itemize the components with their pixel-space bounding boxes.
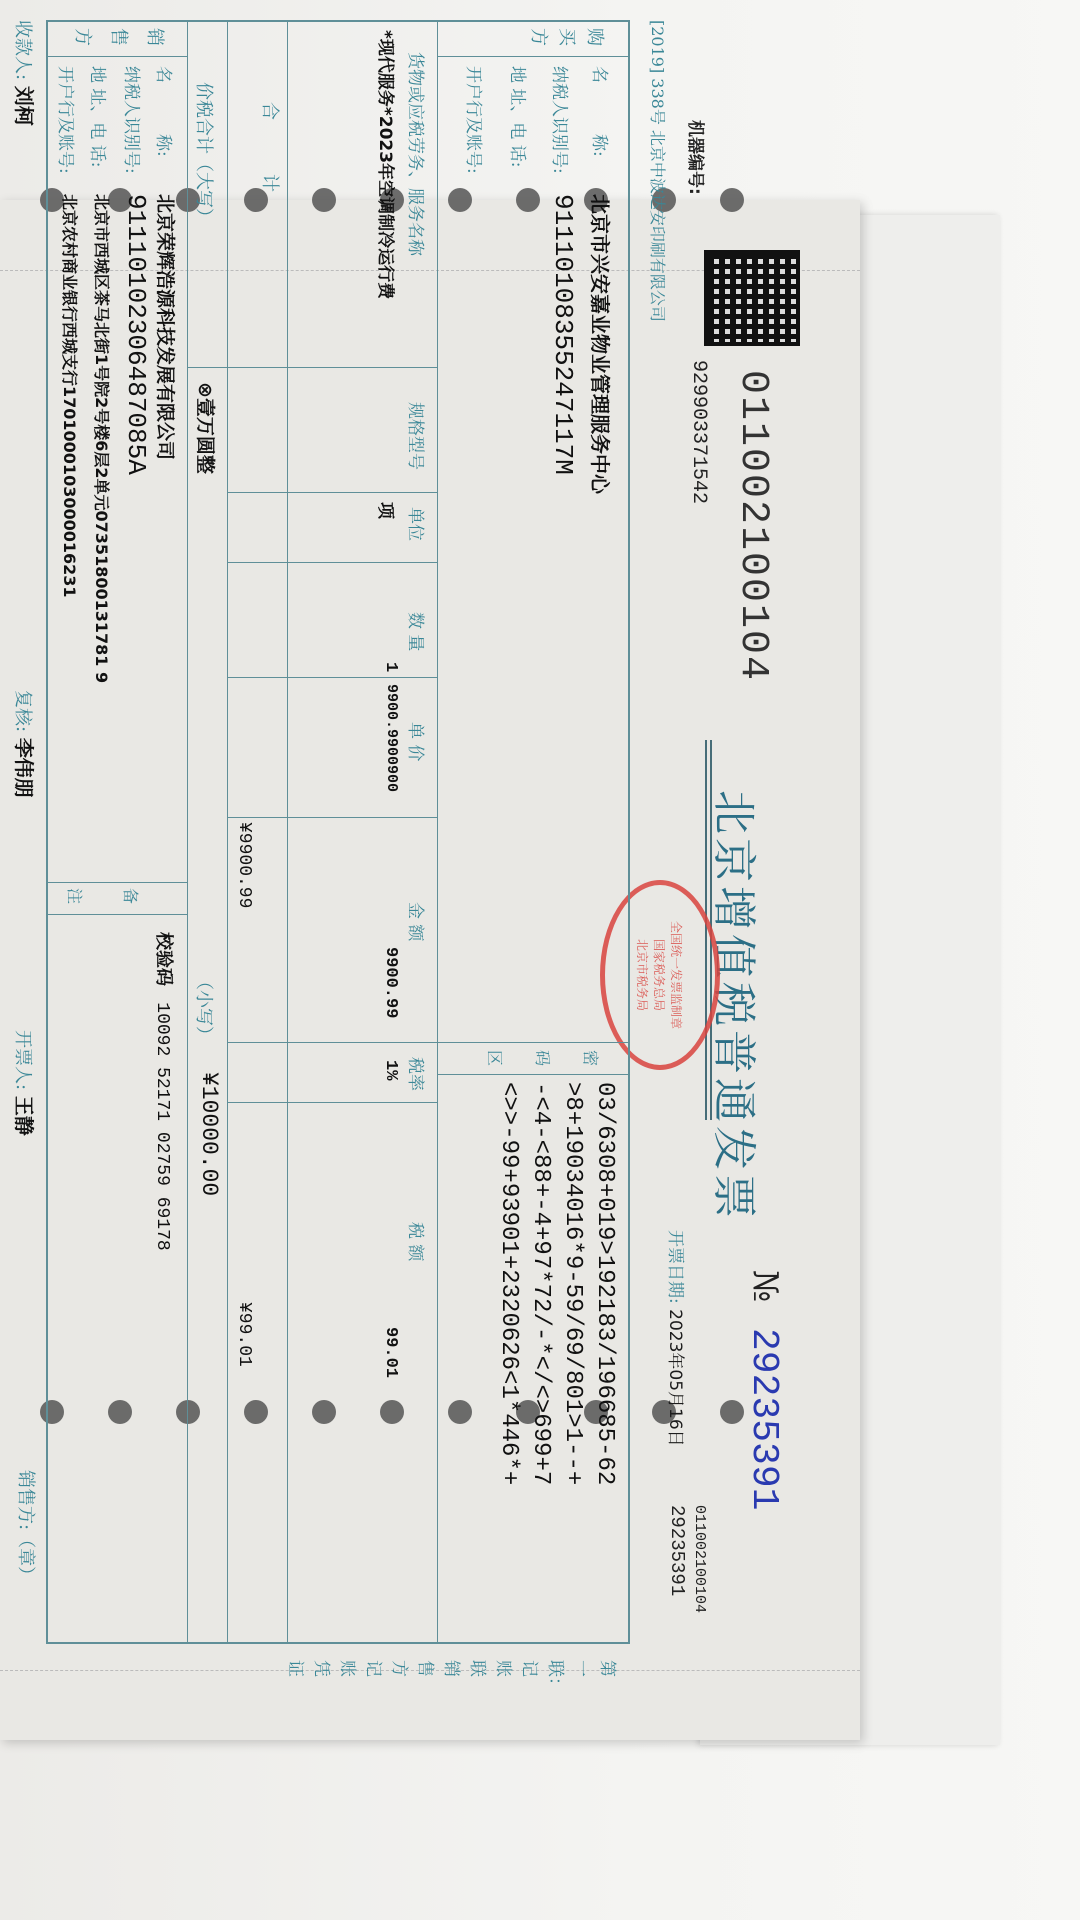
issue-date: 开票日期: 2023年05月16日 (665, 1230, 690, 1447)
buyer-tax-id: 91110108355247117M (548, 194, 578, 475)
reviewer: 复核: 李伟朋 (11, 690, 40, 798)
machine-number: 929903371542 (687, 360, 710, 504)
drawer-label: 开票人: (12, 1030, 33, 1090)
seller-bank-label: 开户行及账号: (55, 66, 80, 174)
cipher-line: <>>-99+93901+2320626<1*446*+ (492, 1082, 524, 1485)
buyer-bank-label: 开户行及账号: (463, 66, 488, 174)
grand-total-lower-label: （小写） (192, 972, 218, 1044)
cipher-line: 03/6308+019>192183/196685-62 (588, 1082, 620, 1485)
grand-total-lower: ¥10000.00 (196, 1072, 222, 1196)
buyer-section-label: 购买方 (524, 28, 608, 48)
item-qty: 1 (381, 662, 400, 672)
drawer-name: 王静 (12, 1096, 36, 1136)
payee: 收款人: 刘柯 (11, 20, 40, 126)
invoice-table: 购买方 名 称: 北京市兴安嘉业物业管理服务中心 纳税人识别号: 9111010… (46, 20, 630, 1644)
item-rate: 1% (381, 1060, 400, 1080)
col-header-unit: 单位 (405, 507, 430, 541)
item-name: *现代服务*2023年空调制冷运行费 (375, 30, 400, 299)
col-header-spec: 规格型号 (405, 402, 430, 470)
total-label: 合 计 (258, 102, 284, 192)
stamp-text: 国家税务总局 (652, 939, 669, 1011)
qr-code-icon (704, 250, 800, 346)
seller-tax-id-label: 纳税人识别号: (121, 66, 146, 174)
total-amount: ¥9900.99 (234, 822, 254, 908)
invoice-content: 机器编号: 929903371542 011002100104 北京增值税普通发… (10, 270, 830, 1710)
remarks-label: 备注 (46, 888, 158, 906)
stamp-text: 全国统一发票监制章 (669, 921, 686, 1029)
check-code: 10092 52171 02759 69178 (152, 1002, 172, 1250)
check-code-label: 校验码 (153, 932, 174, 986)
payee-name: 刘柯 (12, 86, 36, 126)
grand-total-label: 价税合计（大写） (192, 82, 218, 226)
col-header-rate: 税率 (405, 1057, 430, 1091)
buyer-address-label: 地 址、电 话: (507, 66, 532, 168)
seller-tax-id: 91110102306487085A (121, 194, 151, 475)
tractor-hole (720, 188, 744, 212)
right-invoice-code: 011002100104 (688, 1505, 710, 1613)
col-header-tax: 税 额 (405, 1222, 430, 1261)
seller-name-label: 名 称: (153, 66, 178, 157)
item-unit: 项 (375, 502, 400, 519)
check-code-row: 校验码 10092 52171 02759 69178 (152, 932, 178, 1251)
invoice-number: 29235391 (742, 1328, 785, 1510)
col-header-price: 单 价 (405, 722, 430, 761)
drawer: 开票人: 王静 (11, 1030, 40, 1136)
col-header-name: 货物或应税劳务、服务名称 (405, 52, 430, 256)
machine-number-label: 机器编号: (685, 120, 710, 195)
right-invoice-number: 29235391 (666, 1505, 688, 1613)
cipher-line: -<4-<88+-4+97*72/-*</<>699+7 (524, 1082, 556, 1485)
item-price: 9900.9900900 (383, 684, 400, 792)
right-code-block: 011002100104 29235391 (666, 1505, 710, 1613)
reviewer-label: 复核: (12, 690, 33, 732)
seller-section-label: 销售方 (64, 28, 172, 48)
item-tax: 99.01 (381, 1327, 400, 1378)
total-tax: ¥99.01 (234, 1302, 254, 1367)
item-amount: 9900.99 (381, 947, 400, 1018)
col-header-amount: 金 额 (405, 902, 430, 941)
number-mark: № (745, 1270, 785, 1302)
invoice-code: 011002100104 (730, 370, 775, 682)
copy-label: 第一联：记账联 销售方记账凭证 (282, 1660, 620, 1682)
payee-label: 收款人: (12, 20, 33, 80)
reviewer-name: 李伟朋 (12, 738, 36, 798)
buyer-name: 北京市兴安嘉业物业管理服务中心 (587, 194, 616, 494)
seller-address: 北京市西城区茶马北街1号院2号楼6层2单元07351800131781 9 (91, 194, 114, 683)
col-header-qty: 数 量 (405, 612, 430, 651)
print-note: [2019] 338号 北京中波达安印刷有限公司 (647, 20, 670, 322)
cipher-area: 03/6308+019>192183/196685-62 >8+19034016… (492, 1082, 620, 1485)
buyer-tax-id-label: 纳税人识别号: (549, 66, 574, 174)
grand-total-upper: ⊗壹万圆整 (193, 382, 220, 474)
cipher-section-label: 密码区 (470, 1050, 614, 1068)
seller-address-label: 地 址、电 话: (87, 66, 112, 168)
date-value: 2023年05月16日 (665, 1309, 685, 1447)
date-label: 开票日期: (665, 1230, 685, 1304)
seller-bank: 北京农村商业银行西城支行1701000103000016231 (59, 194, 82, 598)
cipher-line: >8+19034016*9-59/69/801>1--+ (556, 1082, 588, 1485)
seller-seal-label: 销售方:（章） (14, 1470, 40, 1584)
buyer-name-label: 名 称: (589, 66, 614, 157)
stamp-text: 北京市税务局 (635, 939, 652, 1011)
seller-name: 北京荣辉浩源科技发展有限公司 (153, 194, 180, 460)
